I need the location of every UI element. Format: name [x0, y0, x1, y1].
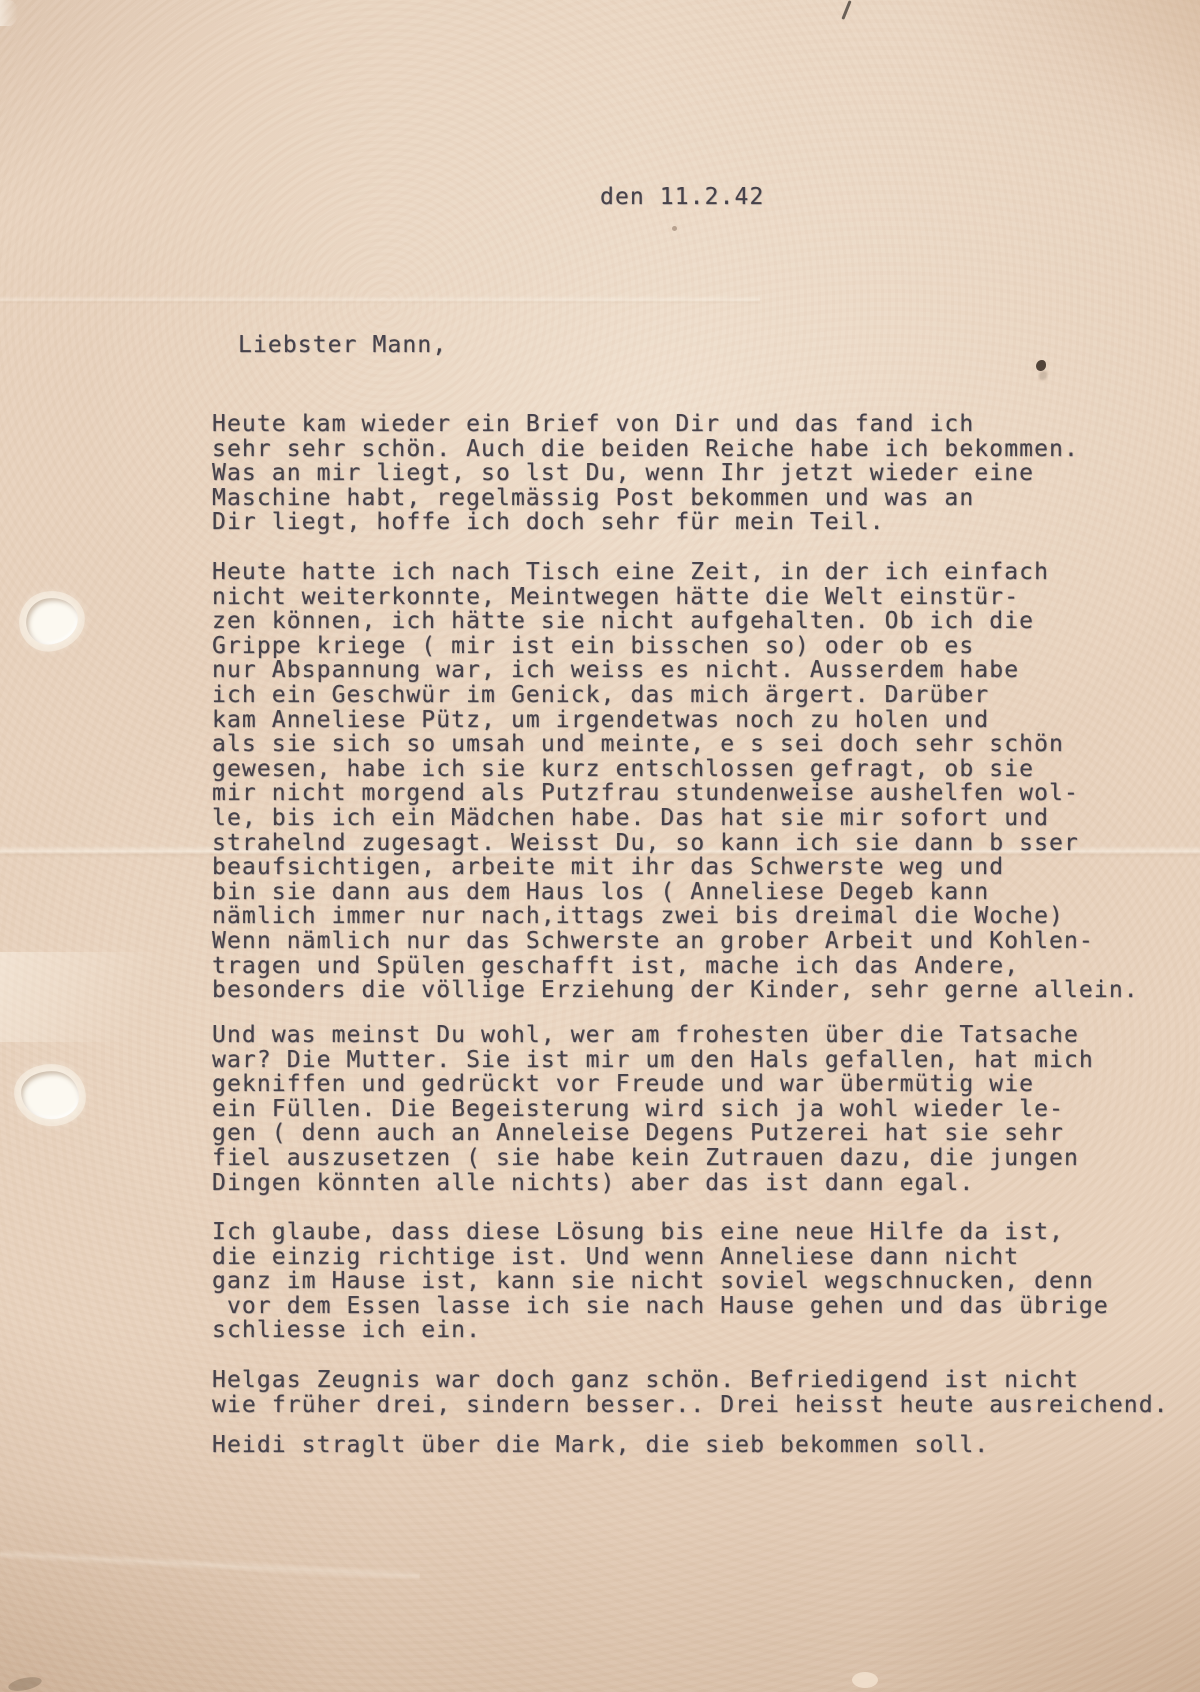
ink-speck [1036, 360, 1046, 371]
salutation: Liebster Mann, [238, 333, 447, 358]
paper-fleck [672, 226, 677, 231]
date-line: den 11.2.42 [600, 185, 764, 210]
letter-page: den 11.2.42 Liebster Mann, Heute kam wie… [0, 0, 1200, 1692]
punch-hole-bottom [19, 1069, 80, 1121]
letter-paragraph-1: Heute kam wieder ein Brief von Dir und d… [212, 412, 1079, 535]
folded-corner-top-right [1010, 0, 1200, 150]
smudge-mark [7, 1675, 43, 1692]
light-spot [852, 1672, 878, 1688]
fold-crease-lower-left [0, 952, 230, 1042]
letter-paragraph-2: Heute hatte ich nach Tisch eine Zeit, in… [212, 560, 1139, 1003]
letter-paragraph-5: Helgas Zeugnis war doch ganz schön. Befr… [212, 1368, 1169, 1417]
letter-paragraph-4: Ich glaube, dass diese Lösung bis eine n… [212, 1220, 1109, 1343]
punch-hole-top [23, 595, 81, 648]
fold-crease-upper [0, 296, 760, 304]
paper-stain [0, 0, 18, 26]
fold-crease-bottom [0, 1549, 420, 1581]
letter-paragraph-6: Heidi straglt über die Mark, die sieb be… [212, 1433, 989, 1458]
letter-paragraph-3: Und was meinst Du wohl, wer am frohesten… [212, 1023, 1094, 1195]
hair-mark [841, 0, 851, 20]
